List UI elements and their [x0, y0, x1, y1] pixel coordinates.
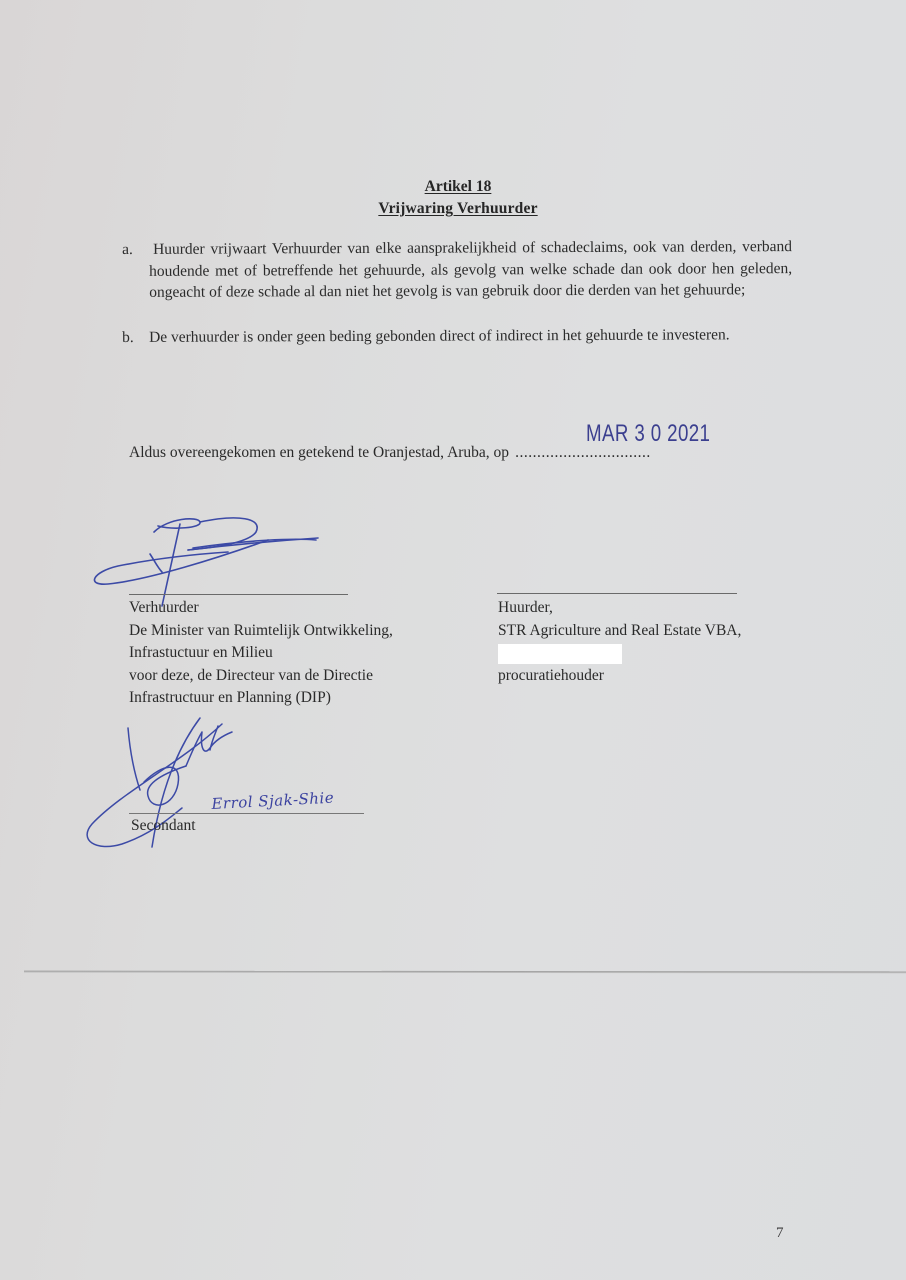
clause-text: Huurder vrijwaart Verhuurder van elke aa… — [149, 236, 792, 303]
landlord-signature-icon — [88, 510, 328, 610]
landlord-line: voor deze, de Directeur van de Directie — [129, 665, 393, 688]
secondant-signature-icon — [82, 712, 252, 857]
clause-a: a. Huurder vrijwaart Verhuurder van elke… — [122, 236, 792, 303]
landlord-line: De Minister van Ruimtelijk Ontwikkeling, — [129, 620, 393, 643]
clause-marker: a. — [122, 239, 133, 261]
clause-marker: b. — [122, 327, 134, 349]
secondant-signature-line — [129, 813, 364, 814]
tenant-role: Huurder, — [498, 597, 741, 620]
clause-b: b. De verhuurder is onder geen beding ge… — [122, 324, 792, 348]
article-number: Artikel 18 — [0, 178, 906, 196]
tenant-title: procuratiehouder — [498, 665, 741, 688]
fold-line-divider — [24, 971, 906, 974]
secondant-handwritten-name: Errol Sjak-Shie — [211, 789, 335, 813]
page-number: 7 — [776, 1225, 784, 1242]
secondant-label: Secondant — [131, 817, 196, 835]
redacted-name — [498, 644, 622, 664]
tenant-block: Huurder, STR Agriculture and Real Estate… — [498, 597, 741, 688]
landlord-role: Verhuurder — [129, 597, 393, 620]
clause-text: De verhuurder is onder geen beding gebon… — [149, 324, 792, 348]
article-title: Vrijwaring Verhuurder — [0, 200, 906, 218]
landlord-line: Infrastructuur en Planning (DIP) — [129, 687, 393, 710]
document-page: Artikel 18 Vrijwaring Verhuurder a. Huur… — [0, 0, 906, 1280]
agreement-line: Aldus overeengekomen en getekend te Oran… — [129, 444, 651, 462]
tenant-signature-line — [497, 593, 737, 594]
landlord-block: Verhuurder De Minister van Ruimtelijk On… — [129, 597, 393, 710]
agreement-text: Aldus overeengekomen en getekend te Oran… — [129, 444, 509, 461]
landlord-signature-line — [129, 594, 348, 595]
landlord-line: Infrastuctuur en Milieu — [129, 642, 393, 665]
date-stamp: MAR 3 0 2021 — [586, 420, 710, 448]
tenant-company: STR Agriculture and Real Estate VBA, — [498, 620, 741, 643]
